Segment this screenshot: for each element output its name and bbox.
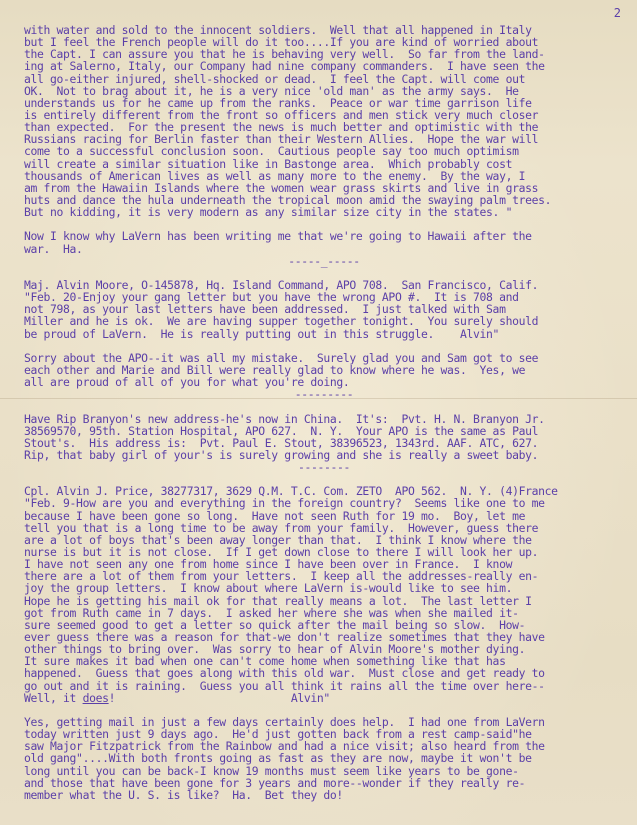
text-line: joy the group letters. I know about wher… [24,582,624,594]
text-line: old gang"....With both fronts going as f… [24,752,624,764]
text-line: war. Ha. [24,243,624,255]
text-line: be proud of LaVern. He is really putting… [24,328,624,340]
line-gap [24,400,624,412]
page-number: 2 [614,6,621,20]
line-gap [24,340,624,352]
text-line: 38569570, 95th. Station Hospital, APO 62… [24,425,624,437]
text-line: because I have been gone so long. Have n… [24,510,624,522]
section-separator: --------- [24,388,624,400]
signature: Alvin" [291,691,330,705]
letter-page: 2 with water and sold to the innocent so… [0,0,637,825]
text-line: Miller and he is ok. We are having suppe… [24,315,624,327]
text-line: Have Rip Branyon's new address-he's now … [24,413,624,425]
closing-underlined: does [83,691,109,705]
section-separator: -------- [24,461,624,473]
text-line: long until you can be back-I know 19 mon… [24,765,624,777]
text-line: ing at Salerno, Italy, our Company had n… [24,60,624,72]
text-line: will create a similar situation like in … [24,158,624,170]
text-line: all go-either injured, shell-shocked or … [24,73,624,85]
closing-suffix: ! [109,691,116,705]
text-line: Now I know why LaVern has been writing m… [24,230,624,242]
text-line: But no kidding, it is very modern as any… [24,206,624,218]
text-line: Hope he is getting his mail ok for that … [24,595,624,607]
section-separator: -----_----- [24,255,624,267]
text-line: happened. Guess that goes along with thi… [24,667,624,679]
closing-prefix: Well, it [24,691,83,705]
closing-line: Well, it does! Alvin" [24,692,624,704]
text-line: member what the U. S. is like? Ha. Bet t… [24,789,624,801]
letter-body: with water and sold to the innocent sold… [24,24,624,801]
text-line: thousands of American lives as well as m… [24,170,624,182]
text-line: come to a successful conclusion soon. Ca… [24,145,624,157]
text-line: "Feb. 9-How are you and everything in th… [24,497,624,509]
